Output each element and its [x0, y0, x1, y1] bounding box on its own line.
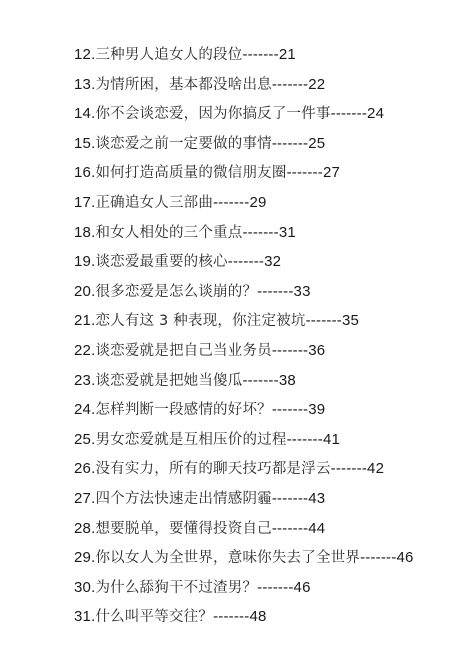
entry-leader: -------	[306, 312, 342, 329]
entry-page: 36	[308, 342, 325, 359]
entry-number: 23.	[74, 372, 95, 389]
entry-page: 29	[249, 194, 266, 211]
entry-number: 22.	[74, 342, 95, 359]
toc-entry[interactable]: 20.很多恋爱是怎么谈崩的？-------33	[74, 281, 414, 311]
entry-leader: -------	[272, 520, 308, 537]
entry-leader: -------	[228, 253, 264, 270]
entry-leader: -------	[272, 76, 308, 93]
entry-leader: -------	[272, 342, 308, 359]
entry-page: 46	[396, 549, 413, 566]
entry-title: 谈恋爱最重要的核心	[95, 254, 227, 270]
entry-number: 12.	[74, 46, 95, 63]
toc-entry[interactable]: 23.谈恋爱就是把她当傻瓜-------38	[74, 370, 414, 400]
table-of-contents: 12.三种男人追女人的段位-------21 13.为情所困，基本都没啥出息--…	[74, 44, 414, 636]
entry-leader: -------	[242, 372, 278, 389]
entry-page: 43	[308, 490, 325, 507]
entry-title: 如何打造高质量的微信朋友圈	[95, 165, 286, 181]
entry-title: 正确追女人三部曲	[95, 195, 213, 211]
entry-page: 42	[367, 460, 384, 477]
entry-leader: -------	[287, 431, 323, 448]
entry-page: 21	[279, 46, 296, 63]
entry-title: 恋人有这 3 种表现，你注定被坑	[95, 313, 305, 329]
entry-title: 想要脱单，要懂得投资自己	[95, 521, 271, 537]
entry-leader: -------	[272, 135, 308, 152]
entry-title: 怎样判断一段感情的好坏？	[95, 402, 271, 418]
entry-number: 29.	[74, 549, 95, 566]
entry-leader: -------	[242, 224, 278, 241]
entry-title: 谈恋爱就是把她当傻瓜	[95, 373, 242, 389]
entry-leader: -------	[242, 46, 278, 63]
entry-leader: -------	[213, 194, 249, 211]
entry-number: 27.	[74, 490, 95, 507]
entry-page: 31	[279, 224, 296, 241]
entry-title: 谈恋爱之前一定要做的事情	[95, 136, 271, 152]
entry-title: 和女人相处的三个重点	[95, 225, 242, 241]
entry-title: 你不会谈恋爱，因为你搞反了一件事	[95, 106, 330, 122]
entry-page: 48	[249, 608, 266, 625]
entry-number: 20.	[74, 283, 95, 300]
entry-number: 19.	[74, 253, 95, 270]
toc-entry[interactable]: 30.为什么舔狗干不过渣男？-------46	[74, 577, 414, 607]
entry-page: 41	[323, 431, 340, 448]
entry-number: 31.	[74, 608, 95, 625]
entry-number: 17.	[74, 194, 95, 211]
entry-page: 32	[264, 253, 281, 270]
entry-page: 25	[308, 135, 325, 152]
entry-number: 26.	[74, 460, 95, 477]
entry-title: 谈恋爱就是把自己当业务员	[95, 343, 271, 359]
entry-leader: -------	[287, 164, 323, 181]
entry-page: 27	[323, 164, 340, 181]
entry-page: 38	[279, 372, 296, 389]
toc-entry[interactable]: 17.正确追女人三部曲-------29	[74, 192, 414, 222]
entry-title: 很多恋爱是怎么谈崩的？	[95, 284, 257, 300]
entry-page: 22	[308, 76, 325, 93]
toc-entry[interactable]: 16.如何打造高质量的微信朋友圈-------27	[74, 162, 414, 192]
toc-entry[interactable]: 31.什么叫平等交往？-------48	[74, 606, 414, 636]
entry-leader: -------	[272, 401, 308, 418]
entry-title: 为什么舔狗干不过渣男？	[95, 580, 257, 596]
toc-entry[interactable]: 28.想要脱单，要懂得投资自己-------44	[74, 518, 414, 548]
entry-number: 28.	[74, 520, 95, 537]
entry-page: 24	[367, 105, 384, 122]
entry-number: 18.	[74, 224, 95, 241]
entry-number: 24.	[74, 401, 95, 418]
toc-entry[interactable]: 24.怎样判断一段感情的好坏？-------39	[74, 399, 414, 429]
toc-entry[interactable]: 14.你不会谈恋爱，因为你搞反了一件事-------24	[74, 103, 414, 133]
entry-title: 你以女人为全世界，意味你失去了全世界	[95, 550, 360, 566]
entry-page: 46	[294, 579, 311, 596]
entry-leader: -------	[331, 460, 367, 477]
entry-number: 25.	[74, 431, 95, 448]
toc-entry[interactable]: 29.你以女人为全世界，意味你失去了全世界-------46	[74, 547, 414, 577]
entry-title: 什么叫平等交往？	[95, 609, 213, 625]
toc-entry[interactable]: 15.谈恋爱之前一定要做的事情-------25	[74, 133, 414, 163]
entry-number: 30.	[74, 579, 95, 596]
entry-leader: -------	[213, 608, 249, 625]
entry-title: 为情所困，基本都没啥出息	[95, 77, 271, 93]
toc-entry[interactable]: 22.谈恋爱就是把自己当业务员-------36	[74, 340, 414, 370]
entry-title: 男女恋爱就是互相压价的过程	[95, 432, 286, 448]
entry-number: 15.	[74, 135, 95, 152]
entry-title: 没有实力，所有的聊天技巧都是浮云	[95, 461, 330, 477]
entry-leader: -------	[331, 105, 367, 122]
entry-leader: -------	[257, 579, 293, 596]
entry-number: 21.	[74, 312, 95, 329]
entry-page: 35	[342, 312, 359, 329]
entry-page: 39	[308, 401, 325, 418]
toc-entry[interactable]: 12.三种男人追女人的段位-------21	[74, 44, 414, 74]
entry-page: 33	[294, 283, 311, 300]
toc-entry[interactable]: 27.四个方法快速走出情感阴霾-------43	[74, 488, 414, 518]
toc-entry[interactable]: 18.和女人相处的三个重点-------31	[74, 222, 414, 252]
entry-leader: -------	[360, 549, 396, 566]
toc-entry[interactable]: 26.没有实力，所有的聊天技巧都是浮云-------42	[74, 458, 414, 488]
entry-leader: -------	[257, 283, 293, 300]
entry-number: 14.	[74, 105, 95, 122]
entry-page: 44	[308, 520, 325, 537]
entry-number: 13.	[74, 76, 95, 93]
toc-entry[interactable]: 13.为情所困，基本都没啥出息-------22	[74, 74, 414, 104]
entry-number: 16.	[74, 164, 95, 181]
entry-title: 四个方法快速走出情感阴霾	[95, 491, 271, 507]
entry-leader: -------	[272, 490, 308, 507]
toc-entry[interactable]: 21.恋人有这 3 种表现，你注定被坑-------35	[74, 310, 414, 340]
entry-title: 三种男人追女人的段位	[95, 47, 242, 63]
toc-entry[interactable]: 19.谈恋爱最重要的核心-------32	[74, 251, 414, 281]
toc-entry[interactable]: 25.男女恋爱就是互相压价的过程-------41	[74, 429, 414, 459]
